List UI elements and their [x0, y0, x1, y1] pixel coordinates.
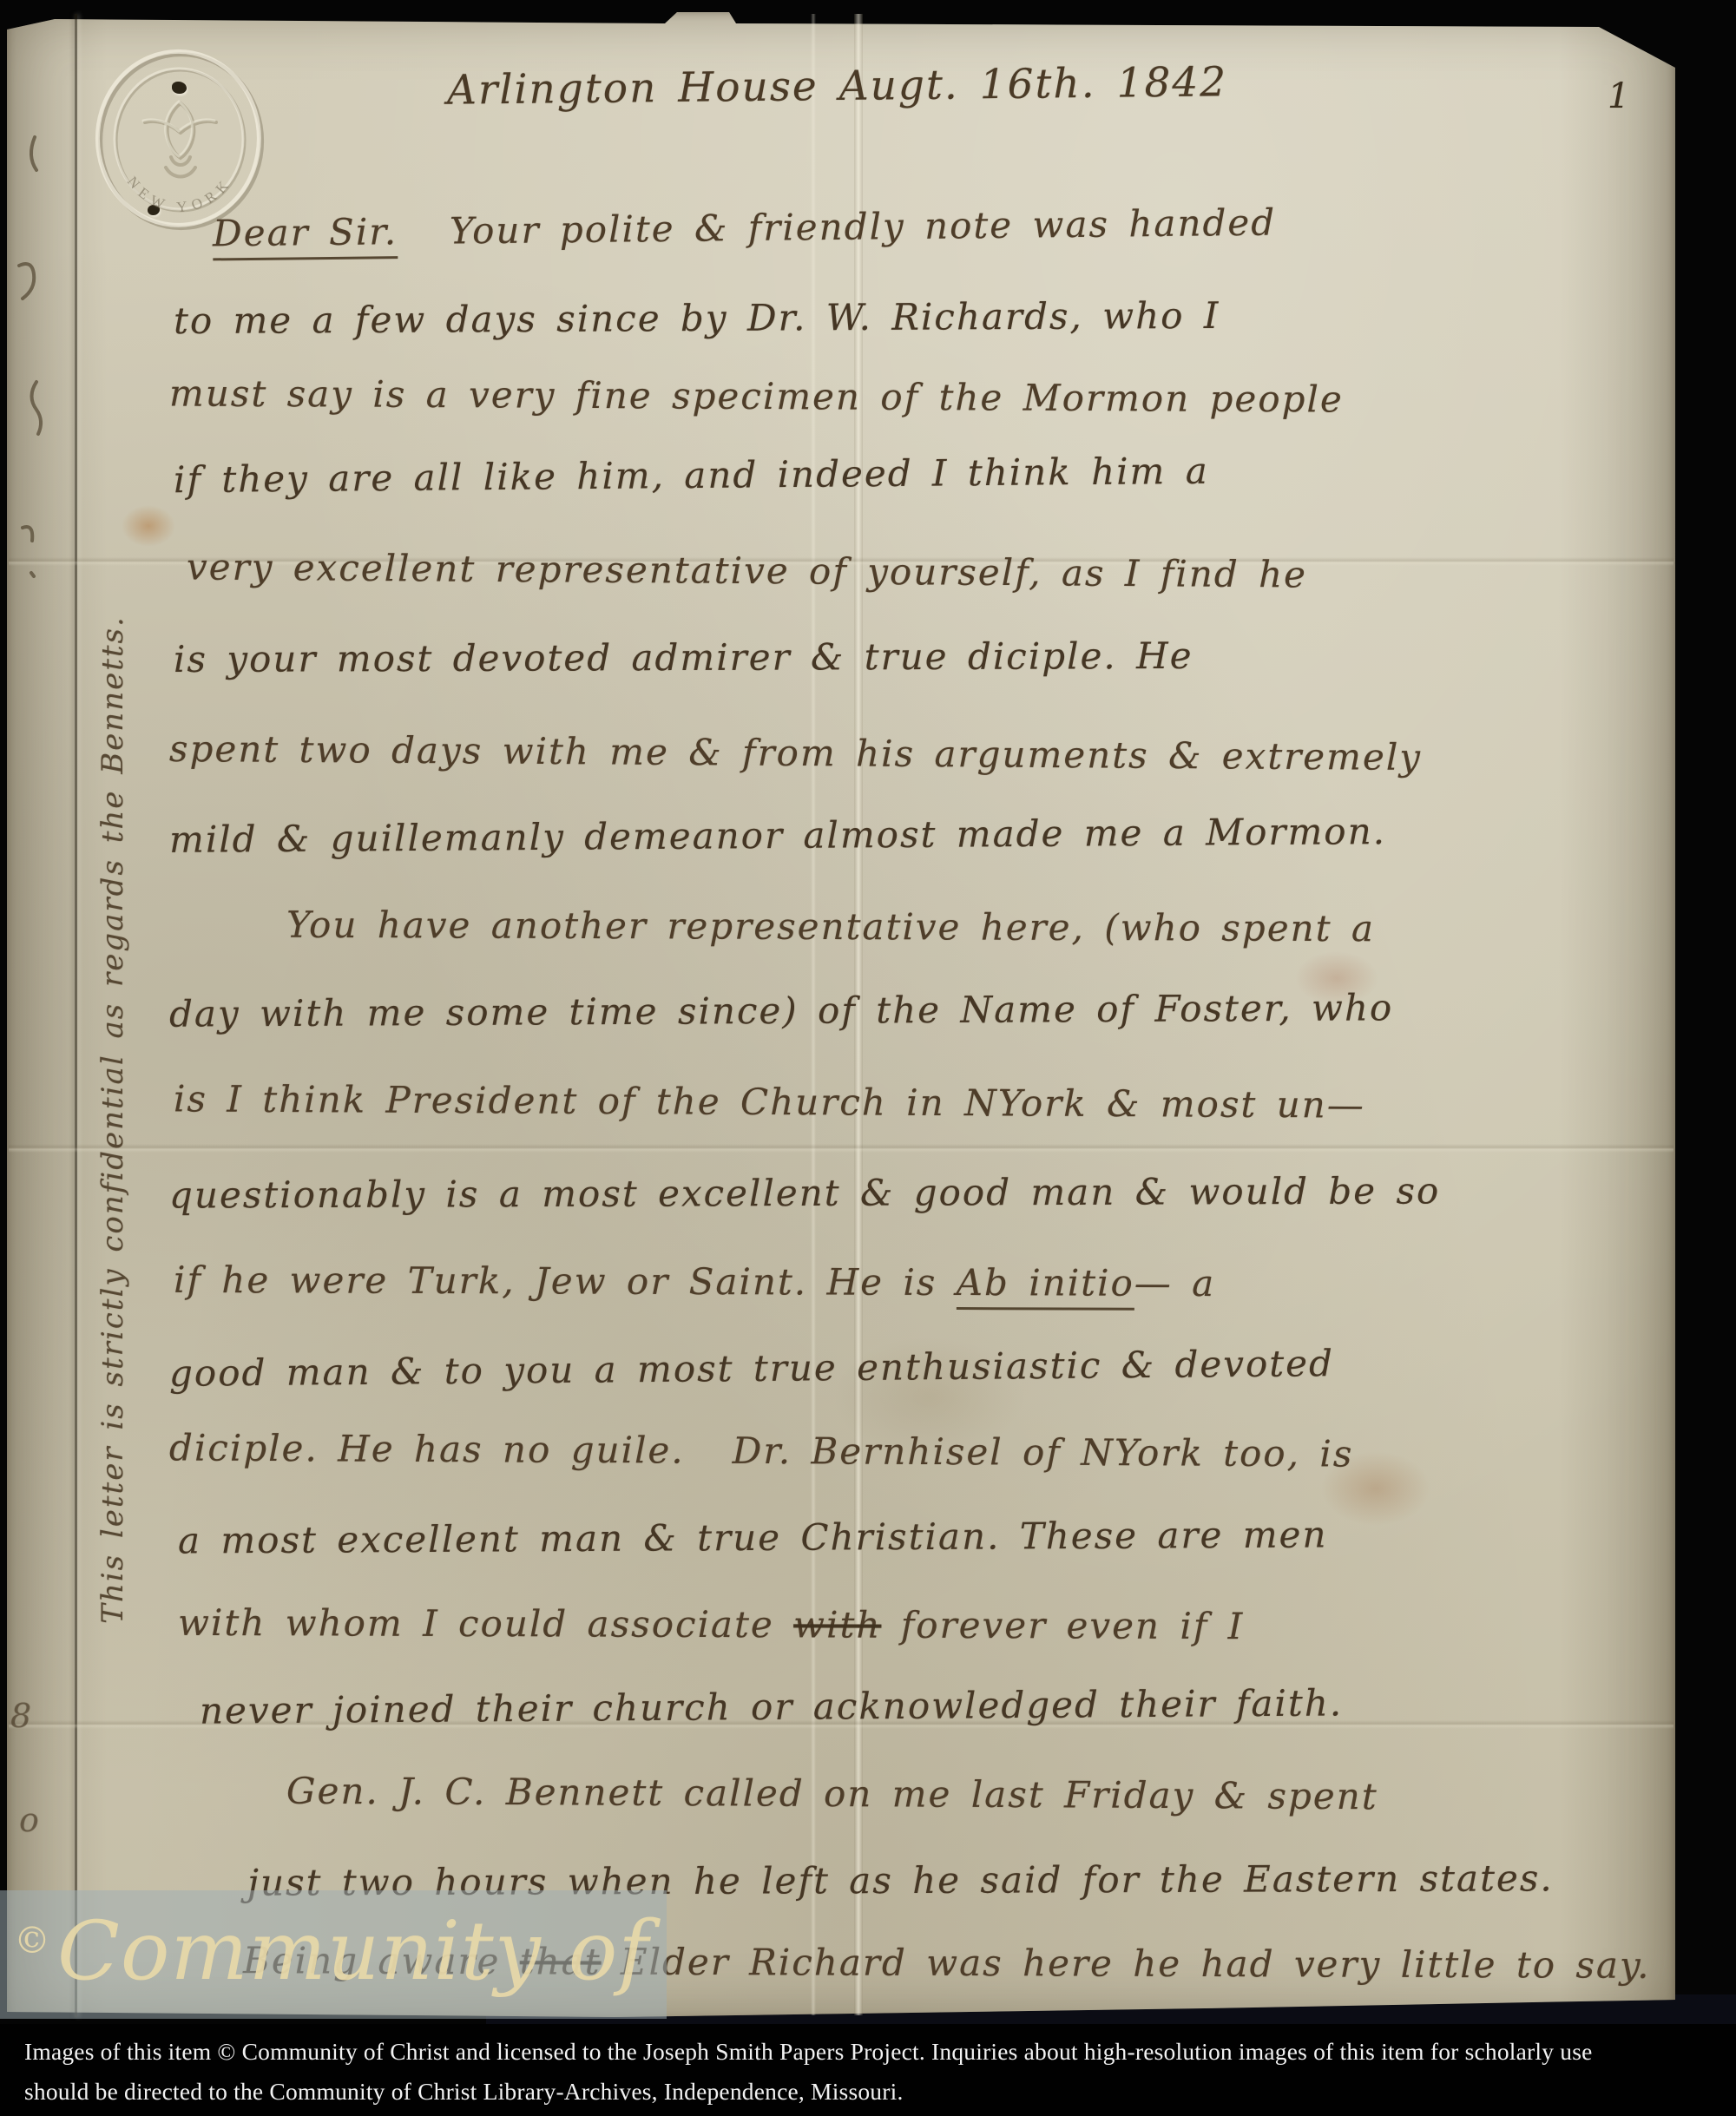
letter-line: a most excellent man & true Christian. T…: [178, 1514, 1328, 1562]
letter-line: mild & guillemanly demeanor almost made …: [169, 810, 1386, 861]
eagle-icon: [143, 102, 216, 177]
letter-line: Gen. J. C. Bennett called on me last Fri…: [286, 1770, 1378, 1818]
line-text: is your most devoted admirer & true dici…: [174, 634, 1193, 680]
margin-note: This letter is strictly confidential as …: [95, 469, 144, 1771]
caption-line-2: should be directed to the Community of C…: [24, 2078, 904, 2106]
line-text: to me a few days since by Dr. W. Richard…: [174, 294, 1220, 342]
caption-bar: Images of this item © Community of Chris…: [0, 2024, 1736, 2116]
letter-line: never joined their church or acknowledge…: [200, 1681, 1343, 1732]
struck-text: with: [793, 1603, 881, 1646]
letter-line: very excellent representative of yoursel…: [187, 545, 1307, 595]
line-text: diciple. He has no guile.: [169, 1426, 685, 1471]
letter-line: if they are all like him, and indeed I t…: [174, 450, 1209, 501]
letter-line: spent two days with me & from his argume…: [169, 727, 1422, 779]
letter-line: diciple. He has no guile.Dr. Bernhisel o…: [169, 1426, 1354, 1475]
line-text: Elder Richard was here he had very littl…: [602, 1941, 1651, 1987]
line-text: very excellent representative of yoursel…: [187, 545, 1307, 595]
letter-line: is I think President of the Church in NY…: [174, 1077, 1365, 1126]
watermark-overlay: © Community of Christ: [0, 1890, 667, 2019]
line-text: with whom I could associate: [178, 1601, 793, 1646]
line-text: never joined their church or acknowledge…: [200, 1681, 1343, 1732]
line-text: questionably is a most excellent & good …: [169, 1169, 1440, 1216]
letter-line: questionably is a most excellent & good …: [169, 1169, 1440, 1216]
letter-line: must say is a very fine specimen of the …: [169, 371, 1344, 420]
letter-line: to me a few days since by Dr. W. Richard…: [174, 294, 1220, 342]
letter-line: with whom I could associate with forever…: [178, 1601, 1244, 1647]
letter-line: You have another representative here, (w…: [286, 904, 1375, 950]
ink-bleed-mark: 8: [10, 1697, 33, 1735]
letter-line: if he were Turk, Jew or Saint. He is Ab …: [174, 1258, 1215, 1304]
line-text: forever even if I: [881, 1604, 1244, 1647]
line-text: Your polite & friendly note was handed: [450, 201, 1277, 253]
document-scan: NEW YORK 8 o 1 Arlington House Augt. 16t…: [0, 0, 1736, 2116]
line-text: is I think President of the Church in NY…: [174, 1077, 1365, 1126]
svg-text:NEW YORK: NEW YORK: [124, 174, 236, 216]
underlined-text: Dear Sir.: [213, 210, 398, 260]
underlined-text: Ab initio: [957, 1261, 1134, 1311]
letter-line: day with me some time since) of the Name…: [169, 986, 1393, 1035]
page-number: 1: [1608, 76, 1631, 116]
line-text: a most excellent man & true Christian. T…: [178, 1514, 1328, 1562]
line-text: mild & guillemanly demeanor almost made …: [169, 810, 1386, 861]
line-text: You have another representative here, (w…: [286, 904, 1375, 950]
watermark-text: Community of Christ: [57, 1904, 667, 1999]
caption-line-1: Images of this item © Community of Chris…: [24, 2038, 1593, 2066]
line-text: if he were Turk, Jew or Saint. He is: [174, 1258, 957, 1304]
seal-text: NEW YORK: [124, 174, 236, 216]
line-text: spent two days with me & from his argume…: [169, 727, 1422, 779]
line-text: if they are all like him, and indeed I t…: [174, 450, 1209, 501]
line-text: — a: [1134, 1262, 1216, 1304]
letter-dateline: Arlington House Augt. 16th. 1842: [447, 58, 1228, 114]
line-text: Dr. Bernhisel of NYork too, is: [733, 1429, 1354, 1475]
line-text: Gen. J. C. Bennett called on me last Fri…: [286, 1770, 1378, 1818]
line-text: day with me some time since) of the Name…: [169, 986, 1393, 1035]
copyright-icon: ©: [14, 1919, 50, 1962]
ink-bleed-mark: o: [19, 1801, 41, 1839]
letter-line: is your most devoted admirer & true dici…: [174, 634, 1193, 680]
line-text: must say is a very fine specimen of the …: [169, 371, 1344, 420]
